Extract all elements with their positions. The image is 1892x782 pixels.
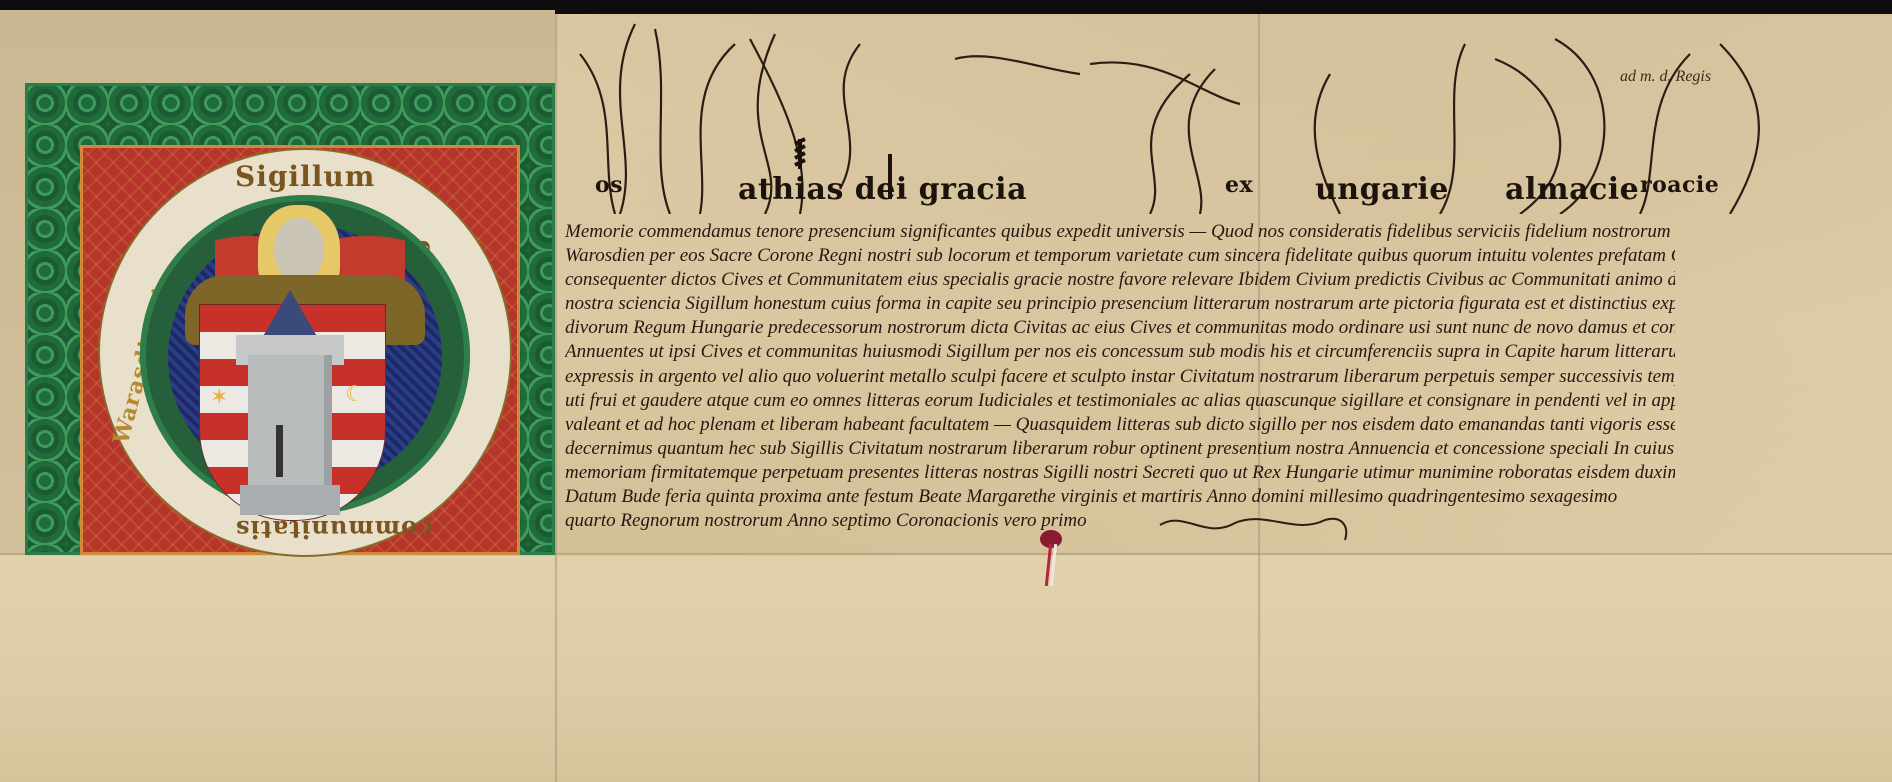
title-segment: os	[595, 172, 623, 198]
text-line: Annuentes ut ipsi Cives et communitas hu…	[565, 340, 1675, 364]
angel-face-icon	[274, 218, 324, 282]
text-line-dating-clause: quarto Regnorum nostrorum Anno septimo C…	[565, 509, 1165, 533]
title-segment: athias dei gracia	[738, 172, 1027, 207]
closing-flourish	[1155, 505, 1355, 545]
text-line: divorum Regum Hungarie predecessorum nos…	[565, 316, 1675, 340]
star-icon: ✶	[210, 385, 228, 410]
text-line: nostra sciencia Sigillum honestum cuius …	[565, 292, 1675, 316]
text-line: memoriam firmitatemque perpetuam present…	[565, 461, 1675, 485]
text-line: uti frui et gaudere atque cum eo omnes l…	[565, 389, 1675, 413]
title-segment: ex	[1225, 172, 1253, 198]
tower-door	[276, 425, 283, 477]
seal-legend-bottom: communitatis	[235, 515, 433, 544]
lower-fold-parchment	[0, 556, 1892, 782]
charter-body-text: Memorie commendamus tenore presencium si…	[565, 220, 1675, 533]
text-line: decernimus quantum hec sub Sigillis Civi…	[565, 437, 1675, 461]
text-line: valeant et ad hoc plenam et liberam habe…	[565, 413, 1675, 437]
text-line: consequenter dictos Cives et Communitate…	[565, 268, 1675, 292]
tower-base	[240, 485, 340, 515]
seal-legend-top: Sigillum	[235, 160, 375, 193]
crescent-moon-icon: ☾	[345, 382, 365, 407]
text-line: Datum Bude feria quinta proxima ante fes…	[565, 485, 1675, 509]
tower-roof-icon	[262, 290, 318, 338]
vertical-fold-line	[555, 14, 559, 782]
marginal-annotation: ad m. d. Regis	[1620, 68, 1711, 86]
text-line: expressis in argento vel alio quo voluer…	[565, 365, 1675, 389]
title-segment: almacie	[1505, 172, 1639, 207]
text-line: Warosdien per eos Sacre Corone Regni nos…	[565, 244, 1675, 268]
text-line: Memorie commendamus tenore presencium si…	[565, 220, 1675, 244]
title-segment: roacie	[1640, 172, 1719, 198]
seal-cord-icon	[1040, 530, 1062, 590]
title-segment: ungarie	[1315, 172, 1449, 207]
